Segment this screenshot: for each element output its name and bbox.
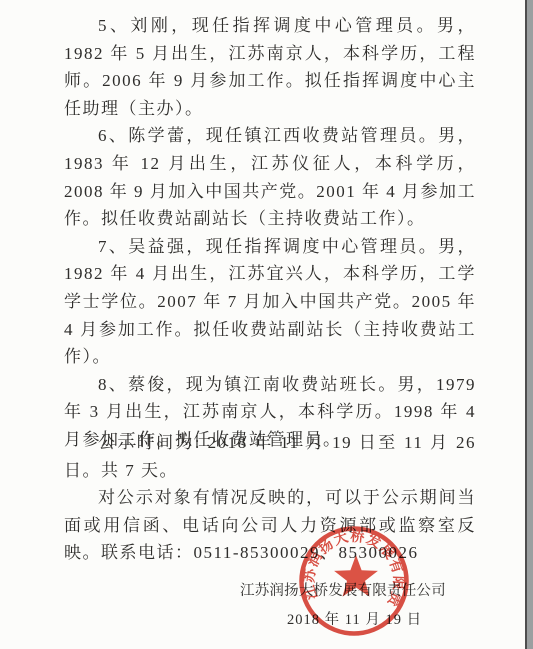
document-page: 5、刘刚，现任指挥调度中心管理员。男，1982 年 5 月出生，江苏南京人，本科… — [0, 0, 533, 649]
page-edge-strip — [527, 0, 533, 649]
candidate-list: 5、刘刚，现任指挥调度中心管理员。男，1982 年 5 月出生，江苏南京人，本科… — [64, 12, 476, 454]
seal-ring-text-container: 江苏润扬大桥发展有限责任公司 — [279, 506, 407, 610]
candidate-paragraph-7: 7、吴益强，现任指挥调度中心管理员。男，1982 年 4 月出生，江苏宜兴人，本… — [64, 233, 476, 371]
seal-ring-text: 江苏润扬大桥发展有限责任公司 — [279, 506, 407, 610]
official-red-seal: 江苏润扬大桥发展有限责任公司 — [279, 506, 429, 649]
candidate-paragraph-6: 6、陈学蕾，现任镇江西收费站管理员。男，1983 年 12 月出生，江苏仪征人，… — [64, 122, 476, 232]
candidate-paragraph-5: 5、刘刚，现任指挥调度中心管理员。男，1982 年 5 月出生，江苏南京人，本科… — [64, 12, 476, 122]
star-icon — [334, 555, 378, 597]
notice-period-text: 公示时间为: 2018 年 11 月 19 日至 11 月 26 日。共 7 天… — [64, 429, 476, 484]
